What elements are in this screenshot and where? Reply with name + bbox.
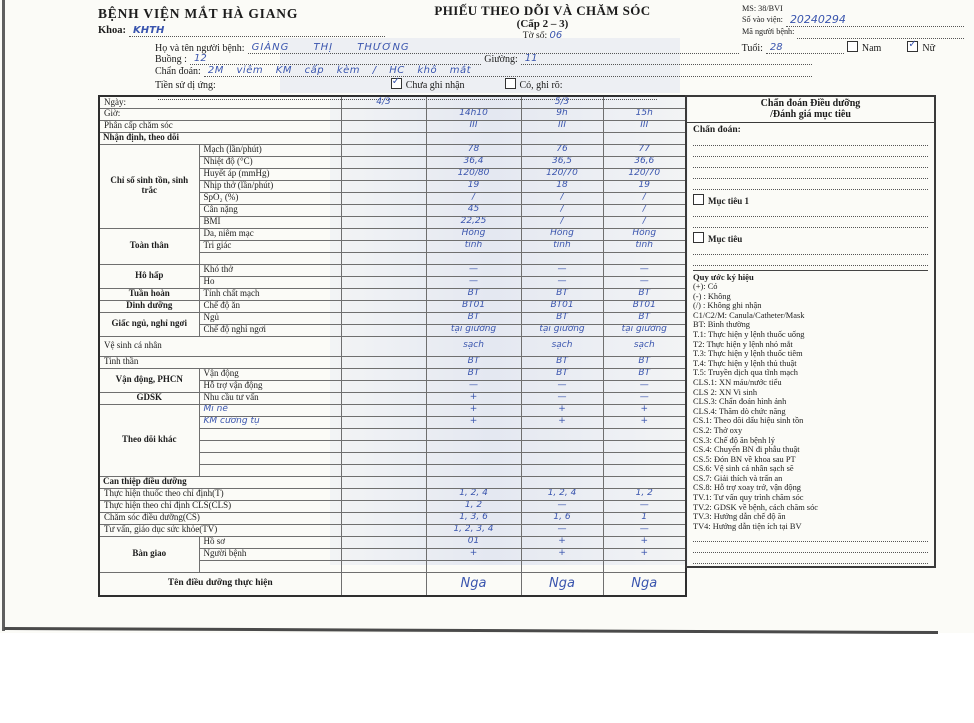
legend-item: CS.4: Chuyển BN đi phẫu thuật (693, 445, 928, 455)
value-cell: BT (426, 368, 521, 380)
patient-name-value: GIÀNG THỊ THƯƠNG (252, 42, 410, 53)
row-label-cell: Tính chất mạch (199, 288, 341, 300)
value-cell: BT (521, 312, 603, 324)
value-cell: 01 (426, 536, 521, 548)
room-bed-row: Buồng : 12 Giường: 11 (155, 53, 815, 65)
value-cell: / (603, 216, 686, 228)
row-label-cell (199, 452, 341, 464)
bed-value: 11 (525, 53, 538, 64)
value-cell: 4/3 (341, 96, 426, 108)
row-label-cell: Thực hiện theo chỉ định CLS(CLS) (99, 500, 341, 512)
group-label-cell: Bàn giao (99, 536, 199, 572)
goal2-row: Mục tiêu (693, 231, 928, 244)
value-cell (426, 476, 521, 488)
row-label-cell (199, 464, 341, 476)
value-cell: Hồng (426, 228, 521, 240)
value-cell: BT (603, 288, 686, 300)
value-cell (341, 452, 426, 464)
diagnosis-row: Chẩn đoán: 2M viêm KM cấp kèm / HC khô m… (155, 65, 815, 77)
value-cell (426, 96, 521, 108)
value-cell (341, 336, 426, 356)
value-cell: / (603, 204, 686, 216)
dotted-line (693, 135, 928, 146)
value-cell: sạch (426, 336, 521, 356)
admission-number-label: Số vào viện: (742, 15, 783, 28)
value-cell: 19 (603, 180, 686, 192)
value-cell: + (426, 548, 521, 560)
value-cell: Nga (603, 572, 686, 596)
value-cell: tại giường (521, 324, 603, 336)
row-label-cell: Hỗ trợ vận động (199, 380, 341, 392)
value-cell: / (426, 192, 521, 204)
value-cell (341, 288, 426, 300)
dotted-line (693, 217, 928, 228)
row-label-cell: Chăm sóc điều dưỡng(CS) (99, 512, 341, 524)
value-cell (341, 524, 426, 536)
table-row: Tên điều dưỡng thực hiệnNgaNgaNga (99, 572, 686, 596)
value-cell (426, 428, 521, 440)
panel-bottom-dotted-lines (693, 531, 928, 564)
table-row: Phân cấp chăm sócIIIIIIIII (99, 120, 686, 132)
value-cell (341, 404, 426, 416)
panel-title-line2: /Đánh giá mục tiêu (687, 109, 934, 120)
table-row: Tư vấn, giáo dục sức khỏe(TV)1, 2, 3, 4—… (99, 524, 686, 536)
goal2-checkbox (693, 232, 704, 243)
department-dotted-line: KHTH (129, 25, 385, 37)
legend-item: CS.3: Chế độ ăn bệnh lý (693, 436, 928, 446)
value-cell (341, 464, 426, 476)
table-row: Vệ sinh cá nhânsạchsạchsạch (99, 336, 686, 356)
scan-left-edge (2, 0, 5, 631)
table-row: Bàn giaoHồ sơ01++ (99, 536, 686, 548)
value-cell: 1, 2, 4 (426, 488, 521, 500)
group-label-cell: Toàn thân (99, 228, 199, 264)
value-cell (521, 464, 603, 476)
panel-body: Chẩn đoán: Mục tiêu 1 Mục tiêu Quy ước k… (687, 123, 934, 564)
value-cell: 36,6 (603, 156, 686, 168)
table-row: Hô hấpKhó thở——— (99, 264, 686, 276)
value-cell: BT (521, 288, 603, 300)
value-cell (341, 548, 426, 560)
care-table: Ngày:4/35/3Giờ:14h109h15hPhân cấp chăm s… (98, 95, 687, 597)
admission-number-value: 20240294 (790, 13, 846, 26)
value-cell (603, 476, 686, 488)
value-cell: Hồng (603, 228, 686, 240)
bed-label: Giường: (484, 54, 518, 65)
row-label-cell: Da, niêm mạc (199, 228, 341, 240)
group-label-cell: Dinh dưỡng (99, 300, 199, 312)
value-cell: 1, 2, 4 (521, 488, 603, 500)
value-cell (341, 156, 426, 168)
value-cell (341, 120, 426, 132)
legend-item: T2: Thực hiện y lệnh nhỏ mắt (693, 340, 928, 350)
value-cell (426, 560, 521, 572)
value-cell: — (521, 500, 603, 512)
diagnosis-label: Chẩn đoán: (155, 66, 201, 77)
table-row: Can thiệp điều dưỡng (99, 476, 686, 488)
legend-list: (+): Có(-) : Không(/) : Không ghi nhậnC1… (693, 282, 928, 531)
value-cell: 120/70 (603, 168, 686, 180)
value-cell (341, 264, 426, 276)
group-label-cell: GDSK (99, 392, 199, 404)
value-cell: / (521, 204, 603, 216)
row-label-cell: Nhu cầu tư vấn (199, 392, 341, 404)
goal1-checkbox (693, 194, 704, 205)
value-cell (341, 276, 426, 288)
legend-item: CLS.4: Thăm dò chức năng (693, 407, 928, 417)
value-cell (341, 560, 426, 572)
row-label-cell: Người bệnh (199, 548, 341, 560)
value-cell: — (521, 264, 603, 276)
value-cell (341, 428, 426, 440)
value-cell (341, 312, 426, 324)
value-cell: 19 (426, 180, 521, 192)
row-label-cell (199, 440, 341, 452)
diagnosis-dotted-lines (693, 135, 928, 190)
dotted-line (693, 168, 928, 179)
row-label-cell: Ngủ (199, 312, 341, 324)
patient-code-label: Mã người bệnh: (742, 27, 794, 39)
table-row: Thực hiện theo chỉ định CLS(CLS)1, 2—— (99, 500, 686, 512)
value-cell: 78 (426, 144, 521, 156)
value-cell: 1, 6 (521, 512, 603, 524)
dotted-line (693, 244, 928, 255)
value-cell: 1, 2, 3, 4 (426, 524, 521, 536)
legend-item: TV4: Hướng dẫn tiện ích tại BV (693, 522, 928, 532)
value-cell: tại giường (426, 324, 521, 336)
value-cell (341, 536, 426, 548)
legend-item: T.4: Thực hiện y lệnh thủ thuật (693, 359, 928, 369)
table-row: GDSKNhu cầu tư vấn+—— (99, 392, 686, 404)
legend-item: CLS.3: Chẩn đoán hình ảnh (693, 397, 928, 407)
value-cell: BT (521, 368, 603, 380)
value-cell: tỉnh (521, 240, 603, 252)
female-checkbox-group: Nữ (907, 40, 935, 54)
legend-title: Quy ước ký hiệu (693, 272, 928, 282)
patient-code-line (797, 27, 964, 39)
value-cell: — (426, 380, 521, 392)
value-cell: BT (603, 368, 686, 380)
male-checkbox-group: Nam (847, 40, 881, 54)
value-cell: BT (521, 356, 603, 368)
value-cell: 1, 3, 6 (426, 512, 521, 524)
value-cell: BT (426, 312, 521, 324)
scanned-form-page: BỆNH VIỆN MẮT HÀ GIANG Khoa: KHTH PHIẾU … (0, 0, 974, 633)
value-cell: 5/3 (521, 96, 603, 108)
value-cell: 14h10 (426, 108, 521, 120)
value-cell (341, 240, 426, 252)
value-cell: III (521, 120, 603, 132)
table-row: Thực hiện thuốc theo chỉ định(T)1, 2, 41… (99, 488, 686, 500)
panel-divider (693, 270, 928, 271)
value-cell (341, 192, 426, 204)
value-cell: 15h (603, 108, 686, 120)
value-cell: III (426, 120, 521, 132)
value-cell (521, 440, 603, 452)
row-label-cell: Nhiệt độ (°C) (199, 156, 341, 168)
value-cell (341, 416, 426, 428)
value-cell (426, 464, 521, 476)
legend-item: TV.1: Tư vấn quy trình chăm sóc (693, 493, 928, 503)
value-cell: sạch (603, 336, 686, 356)
row-label-cell: Chế độ ăn (199, 300, 341, 312)
nursing-diagnosis-panel: Chẩn đoán Điều dưỡng /Đánh giá mục tiêu … (685, 95, 936, 568)
value-cell: 36,4 (426, 156, 521, 168)
form-meta: MS: 38/BVI Số vào viện: 20240294 Mã ngườ… (742, 4, 967, 39)
goal2-dotted-lines (693, 244, 928, 266)
value-cell: + (521, 404, 603, 416)
value-cell (341, 356, 426, 368)
dotted-line (693, 146, 928, 157)
value-cell: tỉnh (603, 240, 686, 252)
group-label-cell: Tuần hoàn (99, 288, 199, 300)
bed-line: 11 (521, 53, 812, 65)
row-label-cell: SpO₂ (%) (199, 192, 341, 204)
value-cell: 1, 2 (426, 500, 521, 512)
room-line: 12 (190, 53, 481, 65)
value-cell (341, 180, 426, 192)
value-cell: Hồng (521, 228, 603, 240)
value-cell: Nga (426, 572, 521, 596)
row-label-cell: Thực hiện thuốc theo chỉ định(T) (99, 488, 341, 500)
value-cell (426, 252, 521, 264)
legend-item: TV.3: Hướng dẫn chế độ ăn (693, 512, 928, 522)
value-cell: + (521, 548, 603, 560)
value-cell: 9h (521, 108, 603, 120)
value-cell: tỉnh (426, 240, 521, 252)
table-row: Nhận định, theo dõi (99, 132, 686, 144)
value-cell (341, 168, 426, 180)
dotted-line (693, 255, 928, 266)
table-row: Chăm sóc điều dưỡng(CS)1, 3, 61, 61 (99, 512, 686, 524)
value-cell (603, 252, 686, 264)
value-cell: + (521, 536, 603, 548)
table-row: Chỉ số sinh tồn, sinh trắcMạch (lần/phút… (99, 144, 686, 156)
value-cell (341, 204, 426, 216)
value-cell: 45 (426, 204, 521, 216)
row-label-cell: Vận động (199, 368, 341, 380)
legend-item: CS.5: Đón BN về khoa sau PT (693, 455, 928, 465)
panel-title-line1: Chẩn đoán Điều dưỡng (687, 98, 934, 109)
value-cell (426, 440, 521, 452)
value-cell (426, 132, 521, 144)
value-cell (603, 452, 686, 464)
row-label-cell: Nhận định, theo dõi (99, 132, 341, 144)
row-label-cell: Ngày: (99, 96, 341, 108)
value-cell: — (521, 392, 603, 404)
value-cell: + (426, 404, 521, 416)
value-cell (341, 216, 426, 228)
legend-item: T.1: Thực hiện y lệnh thuốc uống (693, 330, 928, 340)
value-cell: BT01 (603, 300, 686, 312)
group-label-cell: Theo dõi khác (99, 404, 199, 476)
value-cell: — (603, 500, 686, 512)
value-cell (521, 428, 603, 440)
table-row: Dinh dưỡngChế độ ănBT01BT01BT01 (99, 300, 686, 312)
value-cell: / (521, 192, 603, 204)
dotted-line (693, 531, 928, 542)
value-cell (341, 488, 426, 500)
value-cell: + (603, 404, 686, 416)
room-value: 12 (194, 53, 207, 64)
value-cell (603, 96, 686, 108)
row-label-cell: Giờ: (99, 108, 341, 120)
value-cell: BT01 (521, 300, 603, 312)
dotted-line (693, 542, 928, 553)
value-cell (341, 392, 426, 404)
row-label-cell: BMI (199, 216, 341, 228)
value-cell: BT (426, 288, 521, 300)
table-row: Giấc ngủ, nghỉ ngơiNgủBTBTBT (99, 312, 686, 324)
table-row: Theo dõi khácMi nề+++ (99, 404, 686, 416)
value-cell: — (603, 380, 686, 392)
row-label-cell (199, 252, 341, 264)
legend-item: C1/C2/M: Canula/Catheter/Mask (693, 311, 928, 321)
value-cell: — (521, 524, 603, 536)
value-cell (521, 560, 603, 572)
value-cell: / (521, 216, 603, 228)
value-cell (603, 132, 686, 144)
value-cell: 1, 2 (603, 488, 686, 500)
goal1-label: Mục tiêu 1 (708, 196, 749, 206)
legend-item: CS.6: Vệ sinh cá nhân sạch sẽ (693, 464, 928, 474)
female-checkbox-checked (907, 41, 918, 52)
admission-number-line: 20240294 (786, 15, 964, 28)
value-cell: — (603, 524, 686, 536)
value-cell: III (603, 120, 686, 132)
value-cell (521, 132, 603, 144)
legend-item: CS.2: Thở oxy (693, 426, 928, 436)
value-cell: + (521, 416, 603, 428)
value-cell (341, 440, 426, 452)
admission-number-row: Số vào viện: 20240294 (742, 15, 967, 28)
legend-item: CS.1: Theo dõi dấu hiệu sinh tồn (693, 416, 928, 426)
value-cell (341, 228, 426, 240)
value-cell (341, 368, 426, 380)
value-cell (341, 572, 426, 596)
value-cell: 120/70 (521, 168, 603, 180)
form-title: PHIẾU THEO DÕI VÀ CHĂM SÓC (375, 3, 710, 19)
row-label-cell: Mi nề (199, 404, 341, 416)
value-cell: BT (603, 312, 686, 324)
dotted-line (693, 157, 928, 168)
row-label-cell: Cân nặng (199, 204, 341, 216)
legend-item: BT: Bình thường (693, 320, 928, 330)
value-cell (341, 324, 426, 336)
value-cell: + (603, 536, 686, 548)
row-label-cell: Vệ sinh cá nhân (99, 336, 341, 356)
hospital-name: BỆNH VIỆN MẮT HÀ GIANG (98, 6, 298, 22)
value-cell (603, 428, 686, 440)
male-label: Nam (862, 43, 881, 54)
row-label-cell: Huyết áp (mmHg) (199, 168, 341, 180)
row-label-cell: Ho (199, 276, 341, 288)
legend-item: (-) : Không (693, 292, 928, 302)
dotted-line (693, 206, 928, 217)
table-row: Vận động, PHCNVận độngBTBTBT (99, 368, 686, 380)
legend-item: (/) : Không ghi nhận (693, 301, 928, 311)
diagnosis-line: 2M viêm KM cấp kèm / HC khô mắt (204, 65, 812, 77)
dotted-line (693, 553, 928, 564)
value-cell: — (426, 276, 521, 288)
table-row: Tinh thầnBTBTBT (99, 356, 686, 368)
value-cell: BT01 (426, 300, 521, 312)
form-code: MS: 38/BVI (742, 4, 967, 15)
value-cell: 18 (521, 180, 603, 192)
value-cell: — (521, 276, 603, 288)
value-cell (521, 476, 603, 488)
value-cell: Nga (521, 572, 603, 596)
row-label-cell: Tinh thần (99, 356, 341, 368)
panel-title: Chẩn đoán Điều dưỡng /Đánh giá mục tiêu (687, 97, 934, 123)
form-subtitle: (Cấp 2 – 3) (375, 18, 710, 30)
value-cell (341, 512, 426, 524)
row-label-cell: Tri giác (199, 240, 341, 252)
legend-item: CLS.1: XN máu/nước tiểu (693, 378, 928, 388)
department-value: KHTH (133, 25, 164, 36)
row-label-cell: Can thiệp điều dưỡng (99, 476, 341, 488)
row-label-cell: Hồ sơ (199, 536, 341, 548)
row-label-cell: Mạch (lần/phút) (199, 144, 341, 156)
value-cell: 22,25 (426, 216, 521, 228)
value-cell (521, 252, 603, 264)
row-label-cell: Nhịp thở (lần/phút) (199, 180, 341, 192)
value-cell: + (426, 392, 521, 404)
room-label: Buồng : (155, 54, 187, 65)
value-cell (603, 464, 686, 476)
legend-item: TV.2: GDSK về bệnh, cách chăm sóc (693, 503, 928, 513)
patient-name-row: Họ và tên người bệnh: GIÀNG THỊ THƯƠNG T… (155, 40, 935, 54)
value-cell: BT (426, 356, 521, 368)
goal2-label: Mục tiêu (708, 234, 742, 244)
legend-item: CS.8: Hỗ trợ xoay trở, vận động (693, 483, 928, 493)
value-cell: — (603, 392, 686, 404)
row-label-cell (199, 428, 341, 440)
value-cell: 1 (603, 512, 686, 524)
value-cell (341, 380, 426, 392)
value-cell: + (603, 548, 686, 560)
table-row: Giờ:14h109h15h (99, 108, 686, 120)
department-row: Khoa: KHTH (98, 25, 388, 37)
value-cell: 120/80 (426, 168, 521, 180)
row-label-cell (199, 560, 341, 572)
row-label-cell: Phân cấp chăm sóc (99, 120, 341, 132)
legend-item: T.5: Truyền dịch qua tĩnh mạch (693, 368, 928, 378)
group-label-cell: Hô hấp (99, 264, 199, 288)
female-label: Nữ (922, 43, 935, 54)
goal1-dotted-lines (693, 206, 928, 228)
row-label-cell: KM cương tụ (199, 416, 341, 428)
department-label: Khoa: (98, 25, 126, 37)
value-cell (341, 476, 426, 488)
value-cell: — (521, 380, 603, 392)
panel-diagnosis-label: Chẩn đoán: (693, 125, 928, 135)
row-label-cell: Khó thở (199, 264, 341, 276)
legend-item: CS.7: Giải thích và trấn an (693, 474, 928, 484)
value-cell (341, 108, 426, 120)
value-cell (426, 452, 521, 464)
value-cell (341, 144, 426, 156)
value-cell (341, 252, 426, 264)
group-label-cell: Chỉ số sinh tồn, sinh trắc (99, 144, 199, 228)
value-cell: — (603, 276, 686, 288)
value-cell (603, 440, 686, 452)
table-row: Tuần hoànTính chất mạchBTBTBT (99, 288, 686, 300)
value-cell: + (426, 416, 521, 428)
value-cell (603, 560, 686, 572)
male-checkbox (847, 41, 858, 52)
value-cell: BT (603, 356, 686, 368)
